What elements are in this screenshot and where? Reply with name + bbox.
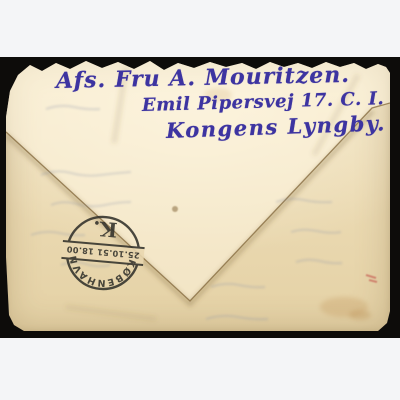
- stain-bottom-right-2: [349, 310, 371, 320]
- red-ink-mark: [366, 275, 377, 282]
- auction-photo-canvas: KØBENHAVN 25.10.51 18.00 K. Afs. Fru A. …: [0, 0, 400, 400]
- postmark-district: K.: [92, 216, 118, 242]
- stain-dot: [172, 206, 178, 212]
- crease-bottom: [66, 307, 156, 319]
- envelope-back: KØBENHAVN 25.10.51 18.00 K. Afs. Fru A. …: [6, 57, 390, 331]
- photo-frame: KØBENHAVN 25.10.51 18.00 K. Afs. Fru A. …: [0, 57, 400, 338]
